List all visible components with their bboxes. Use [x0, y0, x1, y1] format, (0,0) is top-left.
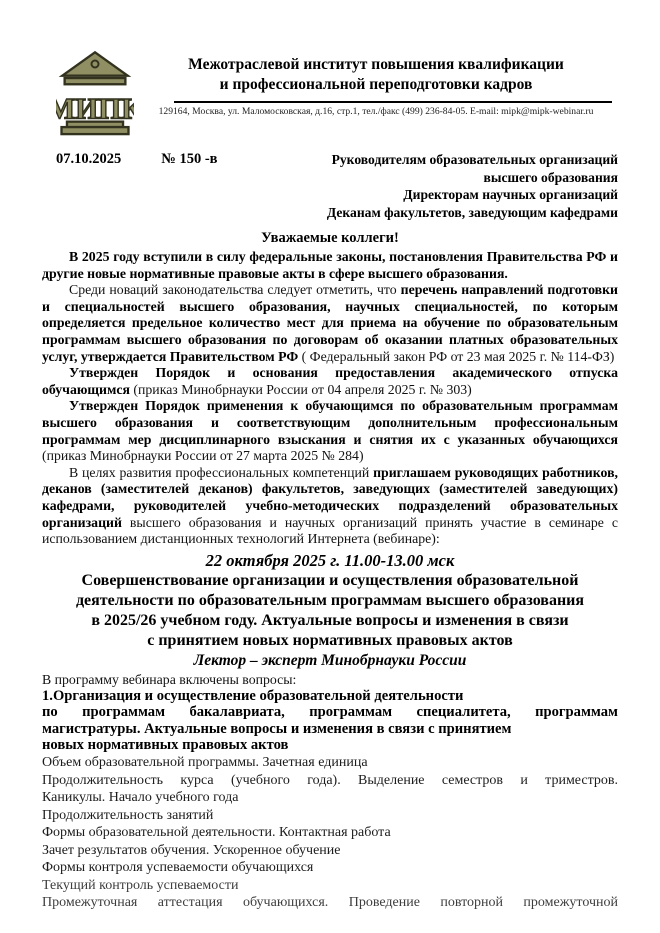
institute-logo: МИПК: [56, 50, 134, 138]
para-admission-quota: Среди новаций законодательства следует о…: [42, 282, 618, 365]
recipients-block: Руководителям образовательных организаци…: [327, 151, 618, 221]
recipient-line: Деканам факультетов, заведующим кафедрам…: [327, 204, 618, 222]
doc-number: № 150 -в: [161, 151, 217, 221]
program-item-1-heading: 1.Организация и осуществление образовате…: [42, 688, 618, 705]
webinar-datetime: 22 октября 2025 г. 11.00-13.00 мск: [42, 551, 618, 571]
program-line: Продолжительность курса (учебного года).…: [42, 772, 618, 790]
salutation: Уважаемые коллеги!: [42, 230, 618, 247]
para-text: Среди новаций законодательства следует о…: [69, 282, 401, 297]
webinar-title-line: в 2025/26 учебном году. Актуальные вопро…: [42, 611, 618, 631]
org-name-line2: и профессиональной переподготовки кадров: [134, 75, 618, 95]
webinar-title-line: с принятием новых нормативных правовых а…: [42, 631, 618, 651]
para-academic-leave: Утвержден Порядок и основания предоставл…: [42, 365, 618, 398]
logo-letters: МИПК: [56, 94, 134, 126]
program-item-1-line: магистратуры. Актуальные вопросы и измен…: [42, 721, 618, 738]
org-name: Межотраслевой институт повышения квалифи…: [134, 55, 618, 94]
para-text-bold: Утвержден Порядок применения к обучающим…: [42, 398, 618, 446]
para-disciplinary-order: Утвержден Порядок применения к обучающим…: [42, 398, 618, 464]
lecturer-line: Лектор – эксперт Минобрнауки России: [42, 651, 618, 670]
program-item-1-line: по программам бакалавриата, программам с…: [42, 704, 618, 721]
program-line: Объем образовательной программы. Зачетна…: [42, 754, 618, 772]
program-line: Зачет результатов обучения. Ускоренное о…: [42, 842, 618, 860]
org-address: 129164, Москва, ул. Маломосковская, д.16…: [134, 106, 618, 117]
recipient-line: Директорам научных организаций: [327, 186, 618, 204]
meta-row: 07.10.2025 № 150 -в Руководителям образо…: [42, 151, 618, 221]
letterhead-text: Межотраслевой институт повышения квалифи…: [134, 48, 618, 117]
webinar-title-line: деятельности по образовательным программ…: [42, 591, 618, 611]
webinar-title-line: Совершенствование организации и осуществ…: [42, 571, 618, 591]
para-text: высшего образования и научных организаци…: [42, 515, 618, 547]
program-item-1-line: новых нормативных правовых актов: [42, 737, 618, 754]
program-intro: В программу вебинара включены вопросы:: [42, 671, 618, 688]
letterhead-divider: [174, 101, 612, 103]
program-line: Формы образовательной деятельности. Конт…: [42, 824, 618, 842]
program-line: Продолжительность занятий: [42, 807, 618, 825]
program-line: Каникулы. Начало учебного года: [42, 789, 618, 807]
para-invitation: В целях развития профессиональных компет…: [42, 465, 618, 548]
building-icon: МИПК: [56, 50, 134, 138]
doc-date: 07.10.2025: [56, 151, 121, 221]
webinar-title: Совершенствование организации и осуществ…: [42, 571, 618, 651]
letter-page: МИПК Межотраслевой институт повышения кв…: [0, 0, 660, 912]
para-text: (приказ Минобрнауки России от 04 апреля …: [130, 382, 472, 397]
program-line: Формы контроля успеваемости обучающихся: [42, 859, 618, 877]
para-text: (приказ Минобрнауки России от 27 марта 2…: [42, 448, 364, 463]
recipient-line: Руководителям образовательных организаци…: [327, 151, 618, 169]
para-laws-2025: В 2025 году вступили в силу федеральные …: [42, 249, 618, 282]
program-line: Текущий контроль успеваемости: [42, 877, 618, 895]
recipient-line: высшего образования: [327, 169, 618, 187]
para-text: ( Федеральный закон РФ от 23 мая 2025 г.…: [298, 349, 614, 364]
org-name-line1: Межотраслевой институт повышения квалифи…: [134, 55, 618, 75]
para-text: В целях развития профессиональных компет…: [69, 465, 373, 480]
program-line: Промежуточная аттестация обучающихся. Пр…: [42, 894, 618, 912]
letterhead: МИПК Межотраслевой институт повышения кв…: [42, 48, 618, 138]
